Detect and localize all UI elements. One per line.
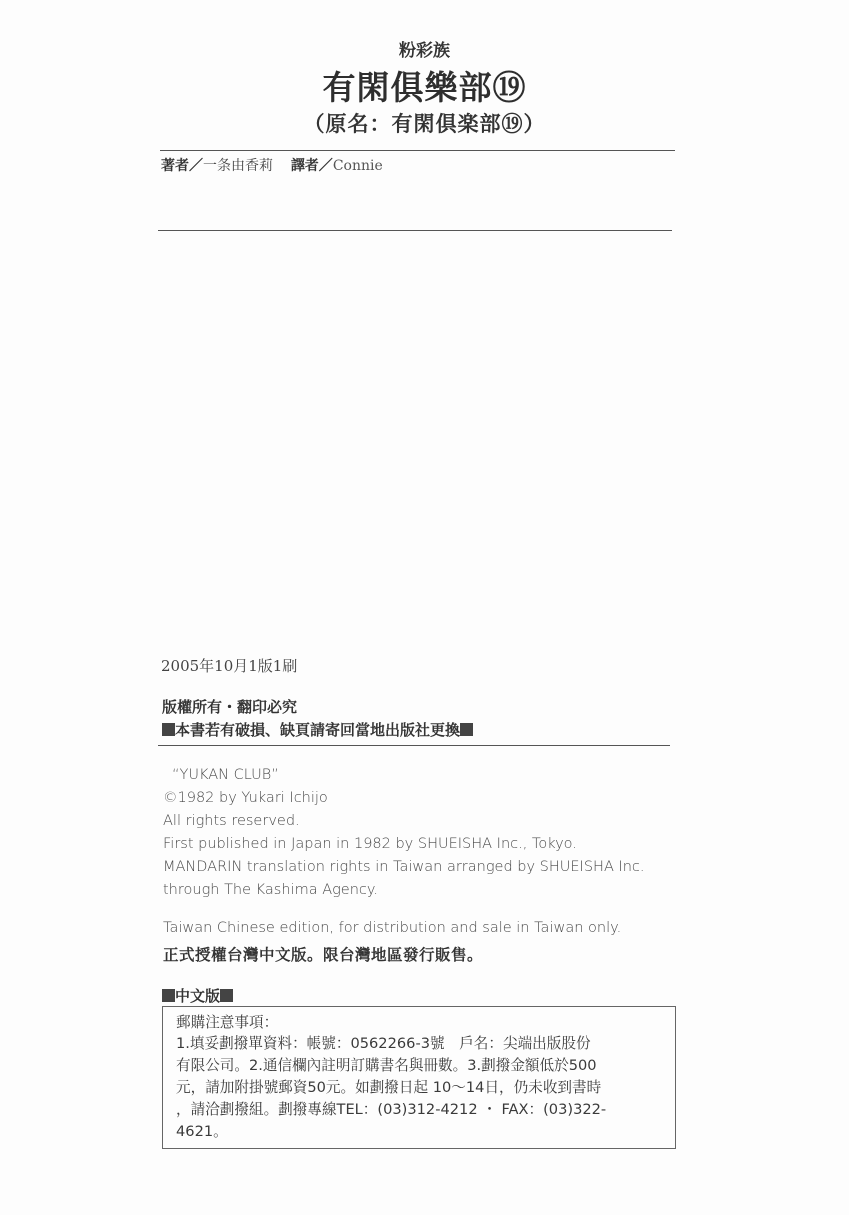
translator-name: Connie xyxy=(333,158,383,174)
square-bullet-icon xyxy=(220,989,233,1002)
mail-order-line: 元，請加附掛號郵資50元。如劃撥日起 10～14日，仍未收到書時 xyxy=(176,1076,601,1097)
mail-order-line: 有限公司。2.通信欄內註明訂購書名與冊數。3.劃撥金額低於500 xyxy=(176,1054,597,1075)
mail-order-box: 郵購注意事項： 1.填妥劃撥單資料：帳號：0562266-3號 戶名：尖端出版股… xyxy=(162,1006,676,1149)
credits-line: 著者／一条由香莉 譯者／Connie xyxy=(161,155,383,175)
author-label: 著者／ xyxy=(161,158,203,174)
copyright-line: ©1982 by Yukari Ichijo xyxy=(163,790,328,806)
series-name: 粉彩族 xyxy=(0,36,849,61)
copyright-title: “YUKAN CLUB” xyxy=(172,767,279,783)
book-title: 有閑俱樂部⑲ xyxy=(0,62,849,109)
copyright-line: through The Kashima Agency. xyxy=(163,882,378,898)
mail-order-heading: 郵購注意事項： xyxy=(176,1011,278,1032)
mail-order-line: 1.填妥劃撥單資料：帳號：0562266-3號 戶名：尖端出版股份 xyxy=(176,1032,591,1053)
chinese-edition-label: 中文版 xyxy=(162,985,233,1006)
copyright-line: All rights reserved. xyxy=(163,813,300,829)
rights-notice: 版權所有・翻印必究 xyxy=(162,696,297,717)
replacement-notice: 本書若有破損、缺頁請寄回當地出版社更換 xyxy=(162,719,473,740)
author-name: 一条由香莉 xyxy=(203,158,273,174)
square-bullet-icon xyxy=(162,989,175,1002)
divider-second xyxy=(158,230,672,231)
mail-order-line: ，請洽劃撥組。劃撥專線TEL：(03)312-4212 ・ FAX：(03)32… xyxy=(176,1098,606,1119)
square-bullet-icon xyxy=(460,723,473,736)
translator-label: 譯者／ xyxy=(291,158,333,174)
mail-order-line: 4621。 xyxy=(176,1120,228,1141)
original-title: （原名：有閑倶楽部⑲） xyxy=(0,108,849,138)
copyright-line: First published in Japan in 1982 by SHUE… xyxy=(163,836,577,852)
square-bullet-icon xyxy=(162,723,175,736)
divider-third xyxy=(158,745,670,746)
divider-top xyxy=(160,150,675,151)
distribution-english: Taiwan Chinese edition, for distribution… xyxy=(163,920,621,936)
copyright-line: MANDARIN translation rights in Taiwan ar… xyxy=(163,859,645,875)
distribution-chinese: 正式授權台灣中文版。限台灣地區發行販售。 xyxy=(163,943,483,965)
edition-info: 2005年10月1版1刷 xyxy=(161,655,297,676)
